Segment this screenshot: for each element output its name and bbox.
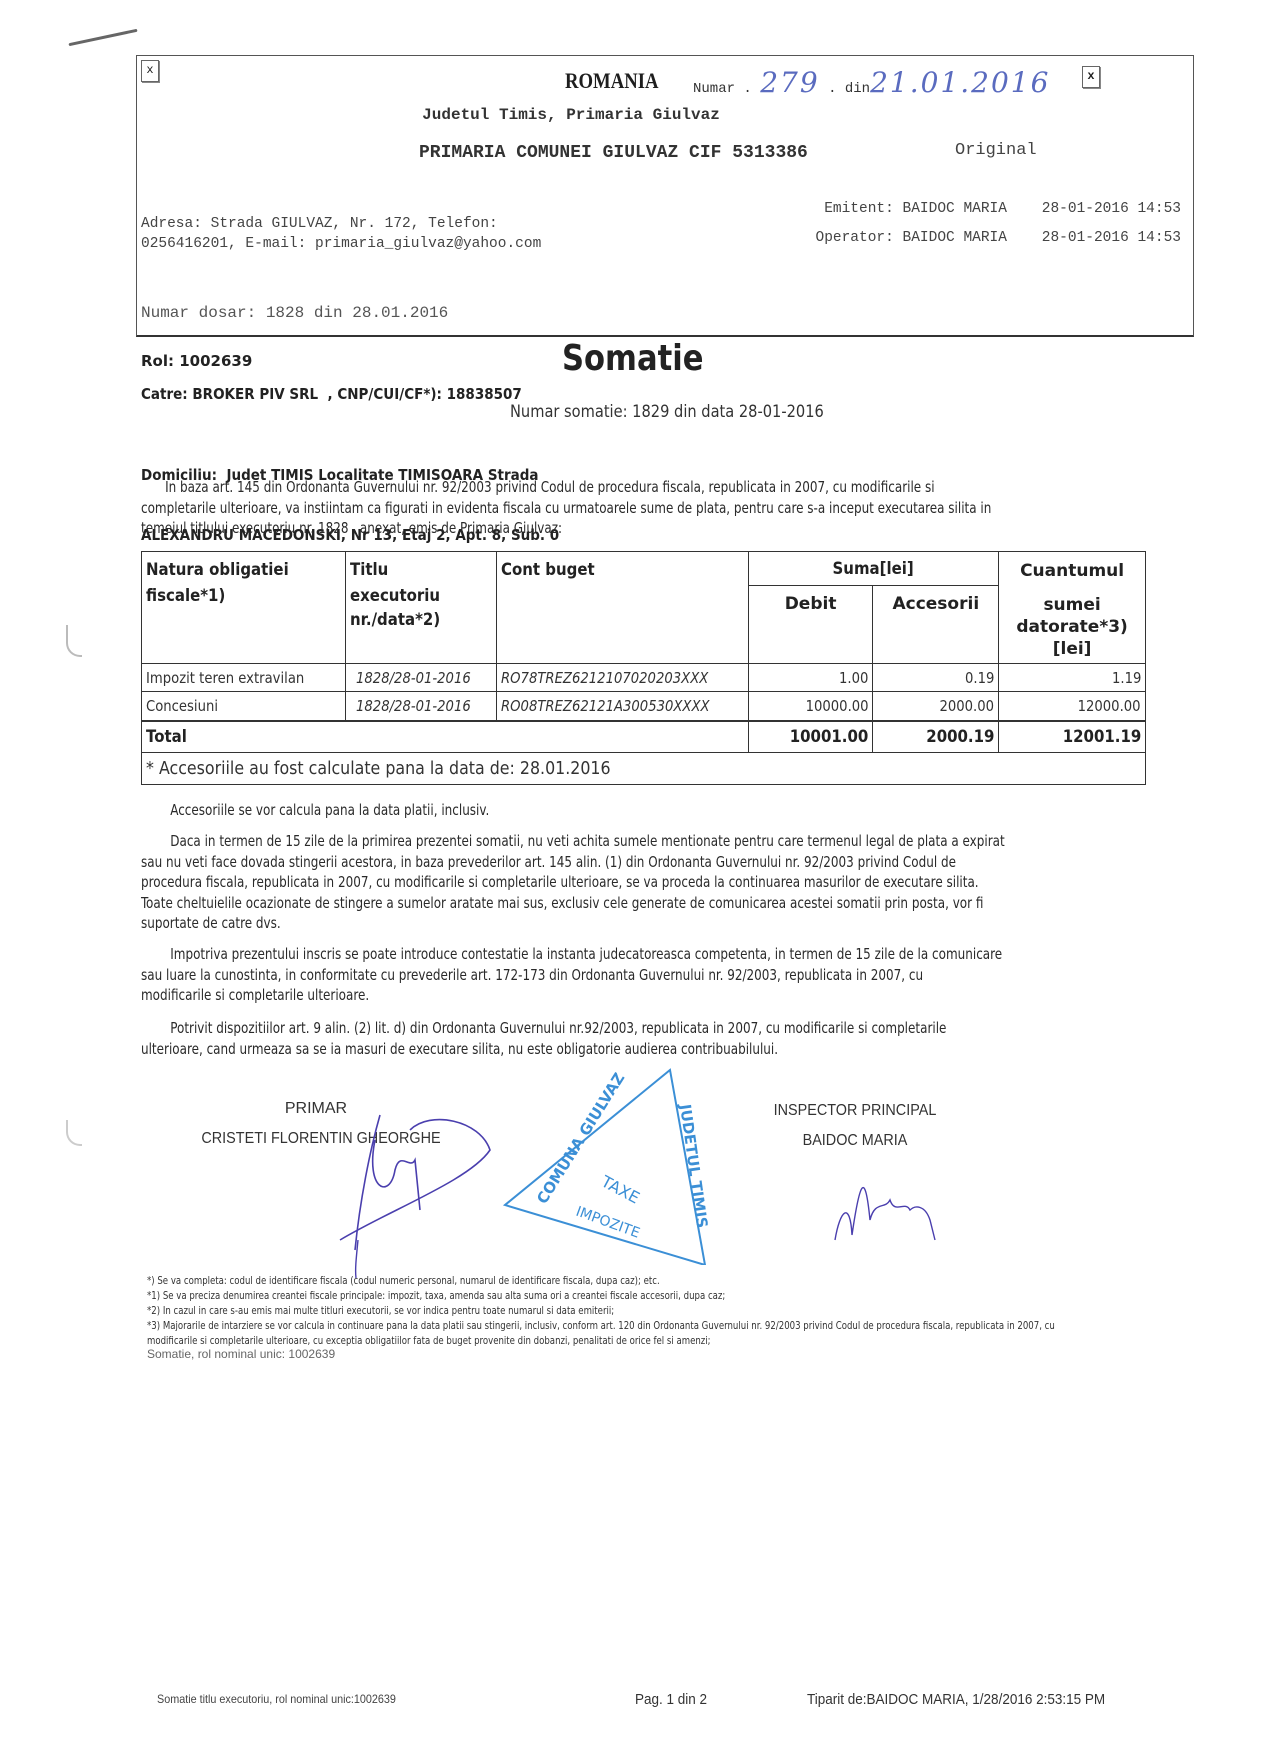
recipient: Catre: BROKER PIV SRL , CNP/CUI/CF*): 18… <box>141 385 522 403</box>
registration-number: Numar . 279 . din21.01.2016 <box>693 66 1050 99</box>
close-icon[interactable]: x <box>141 60 159 82</box>
header-natura: Natura obligatiei fiscale*1) <box>142 552 346 664</box>
paragraph-contest: Impotriva prezentului inscris se poate i… <box>141 944 1147 1006</box>
scan-mark <box>68 29 137 46</box>
footer-doc-id: Somatie titlu executoriu, rol nominal un… <box>157 1692 396 1706</box>
copy-type: Original <box>955 141 1037 160</box>
header-cuantum: Cuantumul sumei datorate*3) [lei] <box>999 552 1146 664</box>
intro-paragraph: In baza art. 145 din Ordonanta Guvernulu… <box>141 477 1147 539</box>
numar-handwritten: 279 <box>760 66 819 99</box>
obligations-table: Natura obligatiei fiscale*1) Titlu execu… <box>141 551 1146 785</box>
table-total-row: Total 10001.00 2000.19 12001.19 <box>142 721 1146 753</box>
numar-label: Numar . <box>693 81 760 97</box>
operator-line: Operator: BAIDOC MARIA 28-01-2016 14:53 <box>781 214 1181 262</box>
paragraph-deadline: Daca in termen de 15 zile de la primirea… <box>141 831 1147 934</box>
svg-text:TAXE: TAXE <box>597 1171 643 1207</box>
rol-number: Rol: 1002639 <box>141 352 252 370</box>
somatie-number: Numar somatie: 1829 din data 28-01-2016 <box>510 402 824 422</box>
county-line: Judetul Timis, Primaria Giulvaz <box>137 106 1005 124</box>
din-label: . din <box>828 81 870 97</box>
issuer-header-box: x ROMANIA Numar . 279 . din21.01.2016 x … <box>136 55 1194 337</box>
issuer-address: Adresa: Strada GIULVAZ, Nr. 172, Telefon… <box>141 214 541 254</box>
header-suma: Suma[lei] <box>748 552 999 586</box>
close-icon[interactable]: x <box>1082 66 1100 88</box>
inspector-name: BAIDOC MARIA <box>765 1132 945 1150</box>
header-titlu: Titlu executoriu nr./data*2) <box>345 552 496 664</box>
official-stamp: COMUNA GIULVAZ JUDETUL TIMIS TAXE IMPOZI… <box>495 1065 725 1265</box>
accessories-note: * Accesoriile au fost calculate pana la … <box>142 753 1146 785</box>
scan-mark <box>66 625 82 657</box>
inspector-title: INSPECTOR PRINCIPAL <box>765 1102 945 1120</box>
printed-by: Tiparit de:BAIDOC MARIA, 1/28/2016 2:53:… <box>807 1691 1105 1708</box>
scan-mark <box>66 1120 82 1146</box>
paragraph-hearing: Potrivit dispozitiilor art. 9 alin. (2) … <box>141 1018 1147 1059</box>
document-title: Somatie <box>562 338 703 379</box>
table-row: Impozit teren extravilan 1828/28-01-2016… <box>142 664 1146 692</box>
header-accesorii: Accesorii <box>873 586 999 664</box>
mayor-signature <box>320 1110 520 1280</box>
paragraph-accessories: Accesoriile se vor calcula pana la data … <box>141 800 1147 821</box>
file-number: Numar dosar: 1828 din 28.01.2016 <box>141 304 448 322</box>
page-number: Pag. 1 din 2 <box>635 1691 707 1708</box>
din-handwritten: 21.01.2016 <box>870 66 1050 99</box>
header-debit: Debit <box>748 586 873 664</box>
footnotes: *) Se va completa: codul de identificare… <box>147 1273 1275 1348</box>
unique-rol: Somatie, rol nominal unic: 1002639 <box>147 1347 335 1361</box>
institution-line: PRIMARIA COMUNEI GIULVAZ CIF 5313386 <box>419 143 808 163</box>
header-cont: Cont buget <box>496 552 748 664</box>
table-row: Concesiuni 1828/28-01-2016 RO08TREZ62121… <box>142 692 1146 721</box>
inspector-signature <box>830 1160 950 1260</box>
country-title: ROMANIA <box>565 68 659 94</box>
svg-text:JUDETUL TIMIS: JUDETUL TIMIS <box>676 1102 711 1229</box>
